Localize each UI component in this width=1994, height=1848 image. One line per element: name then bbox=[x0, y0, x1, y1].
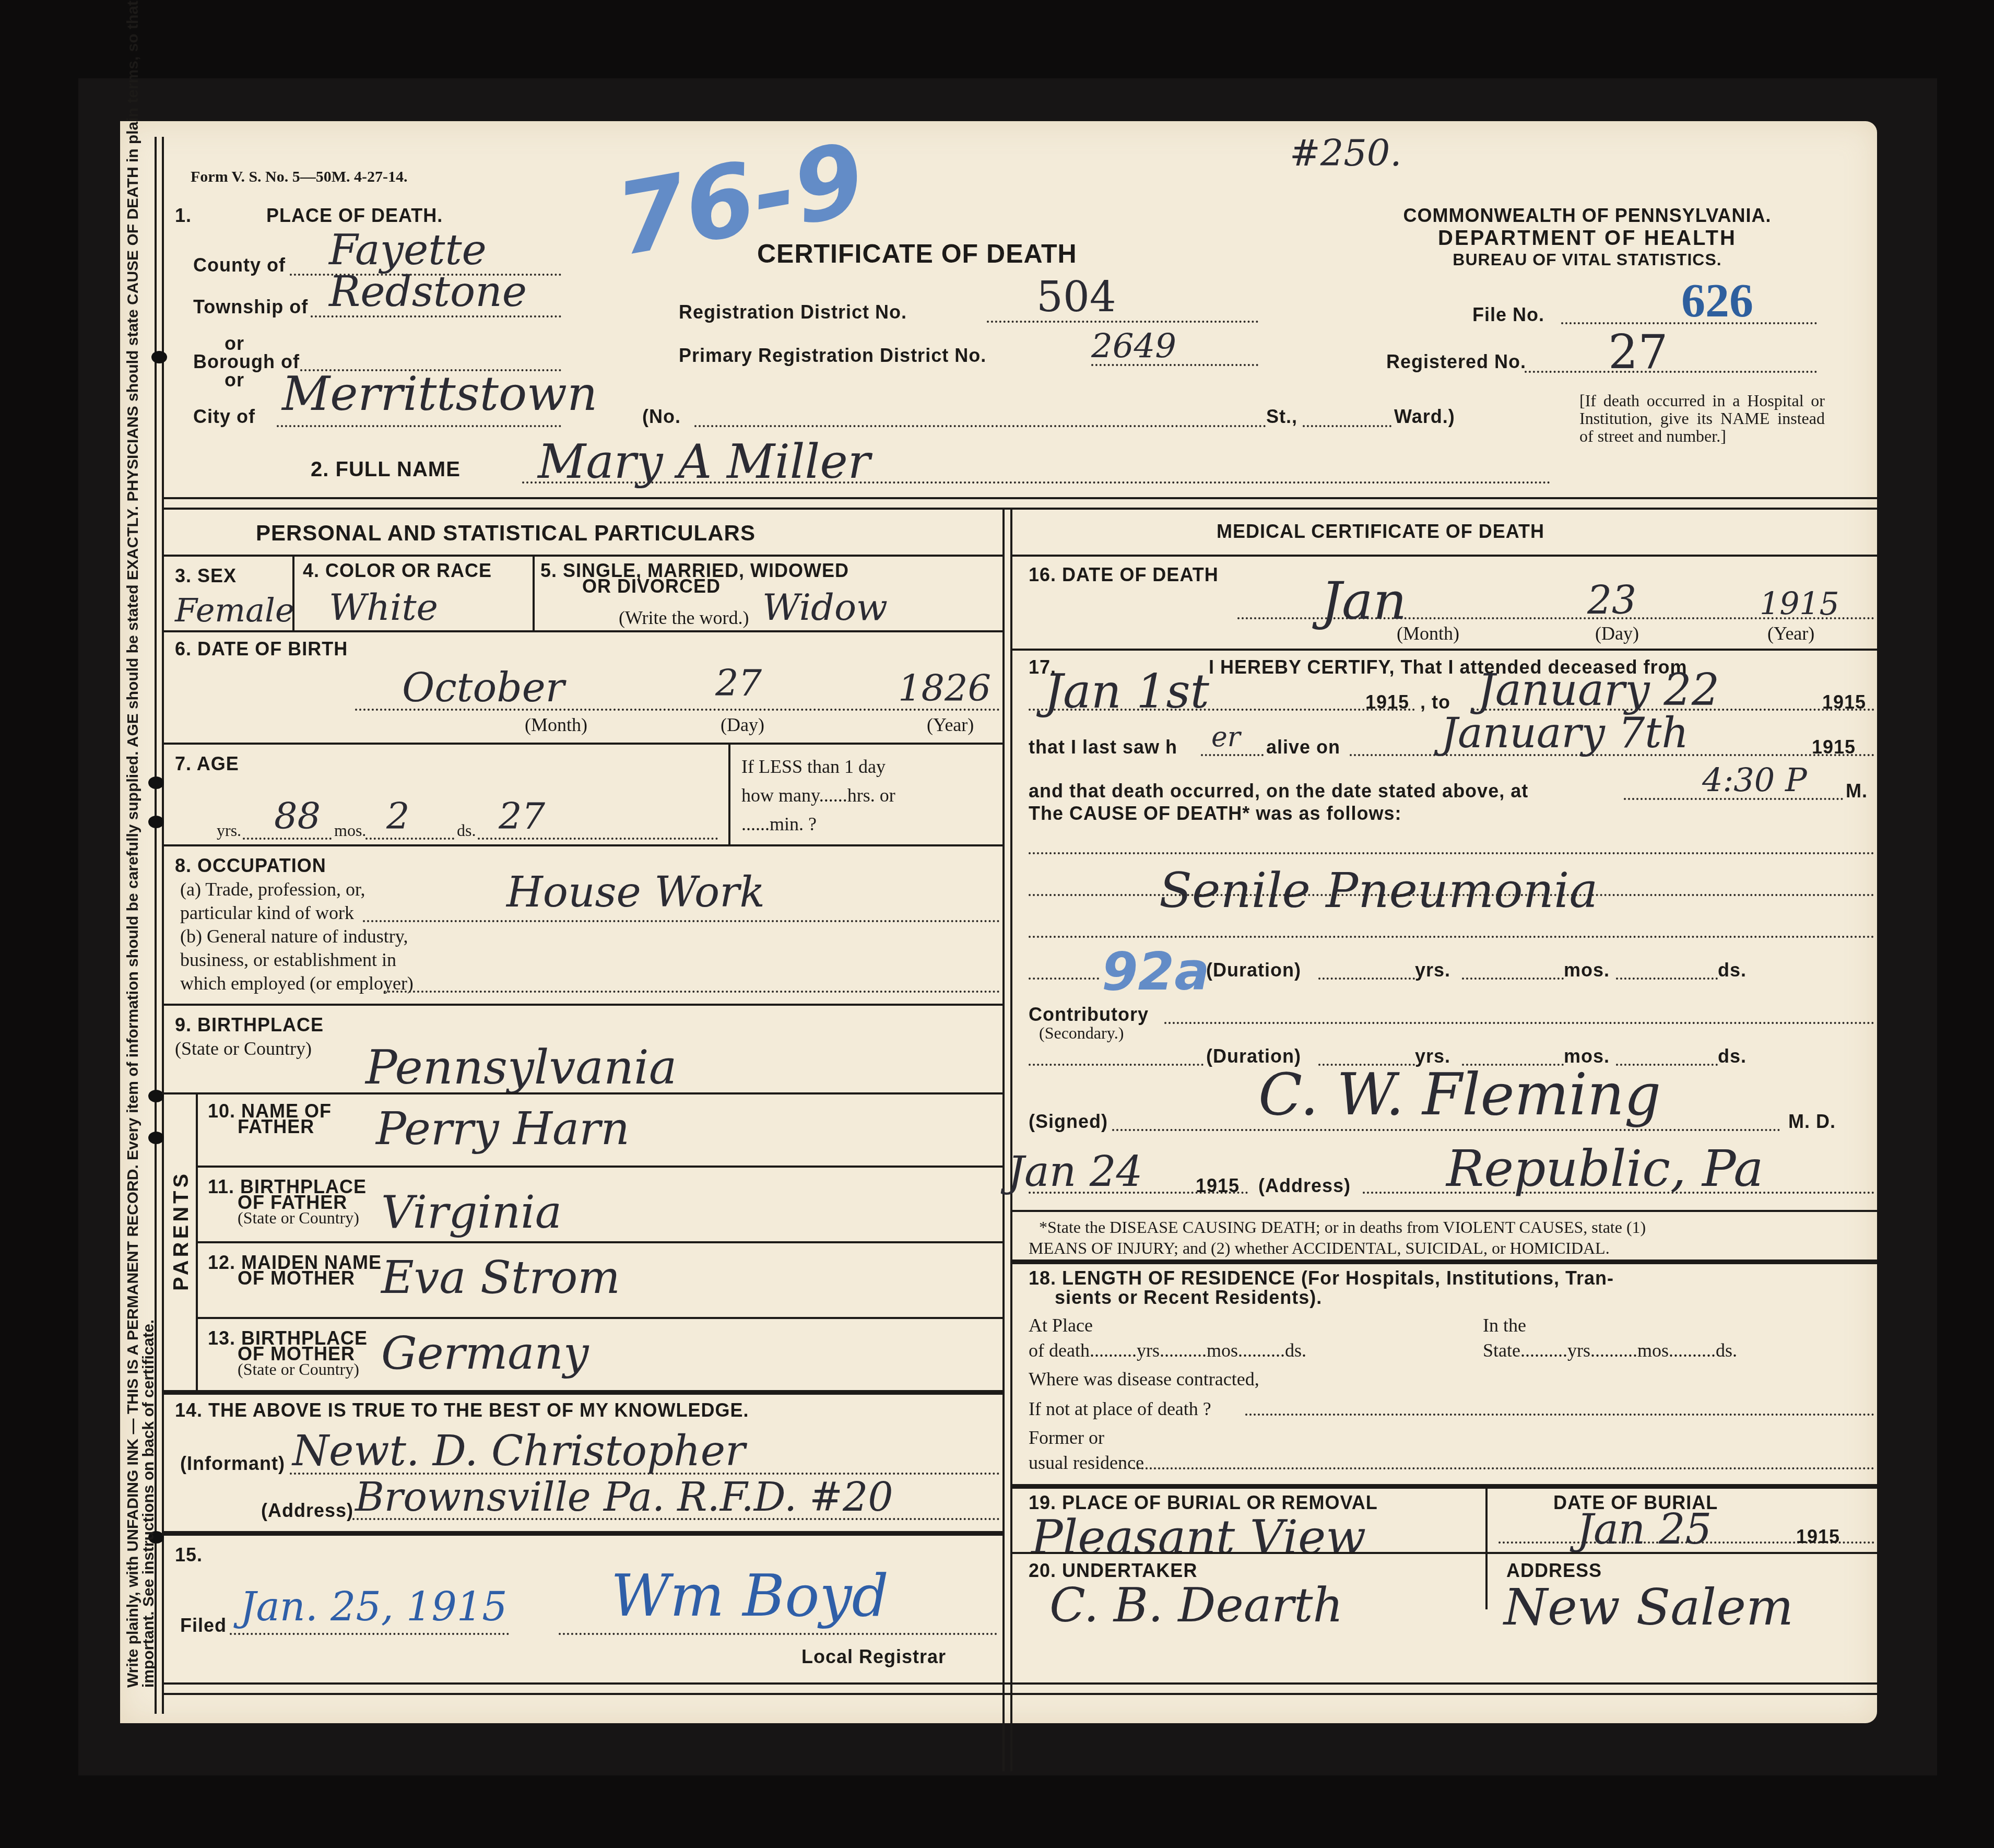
medical-section-heading: MEDICAL CERTIFICATE OF DEATH bbox=[1217, 521, 1544, 543]
informant-address-label: (Address) bbox=[261, 1500, 353, 1522]
personal-section-heading: PERSONAL AND STATISTICAL PARTICULARS bbox=[256, 521, 756, 546]
father-birthplace-hint: (State or Country) bbox=[238, 1208, 359, 1228]
birth-year-value[interactable]: 1826 bbox=[898, 667, 991, 710]
binding-hole bbox=[151, 351, 167, 363]
marital-status-hint: (Write the word.) bbox=[619, 607, 749, 629]
item-1-number: 1. bbox=[175, 205, 192, 227]
informant-value[interactable]: Newt. D. Christopher bbox=[292, 1427, 745, 1475]
cause-of-death-label: The CAUSE OF DEATH* was as follows: bbox=[1029, 803, 1401, 825]
informant-address-value[interactable]: Brownsville Pa. R.F.D. #20 bbox=[355, 1474, 893, 1520]
registrar-signature[interactable]: Wm Boyd bbox=[611, 1562, 889, 1629]
occupation-label: 8. OCCUPATION bbox=[175, 855, 326, 877]
occupation-a-line-2: particular kind of work bbox=[180, 902, 354, 924]
issuer-department: DEPARTMENT OF HEALTH bbox=[1358, 227, 1817, 250]
residence-heading-1: 18. LENGTH OF RESIDENCE (For Hospitals, … bbox=[1029, 1267, 1614, 1289]
attended-to-value[interactable]: January 22 bbox=[1478, 664, 1719, 715]
birthplace-value[interactable]: Pennsylvania bbox=[365, 1040, 677, 1095]
former-residence-label-2: usual residence bbox=[1029, 1452, 1144, 1474]
occupation-b-line-2: business, or establishment in bbox=[180, 949, 396, 971]
duration-months-label: mos. bbox=[1564, 959, 1610, 981]
last-saw-year: 1915 bbox=[1812, 736, 1856, 758]
hospital-note: [If death occurred in a Hospital or Inst… bbox=[1579, 392, 1825, 445]
city-value[interactable]: Merrittstown bbox=[282, 367, 597, 421]
md-label: M. D. bbox=[1788, 1111, 1836, 1133]
issuer-commonwealth: COMMONWEALTH OF PENNSYLVANIA. bbox=[1358, 205, 1817, 227]
primary-registration-district-value[interactable]: 2649 bbox=[1091, 327, 1176, 366]
mother-maiden-name-value[interactable]: Eva Strom bbox=[381, 1252, 620, 1304]
attended-to-year: 1915 bbox=[1822, 691, 1866, 713]
last-saw-pronoun[interactable]: er bbox=[1211, 722, 1241, 753]
burial-year: 1915 bbox=[1796, 1526, 1840, 1548]
duration-years-label: yrs. bbox=[1415, 959, 1450, 981]
occupation-trade-value[interactable]: House Work bbox=[506, 868, 765, 916]
cause-footnote-2: MEANS OF INJURY; and (2) whether ACCIDEN… bbox=[1029, 1239, 1610, 1258]
registered-number-label: Registered No. bbox=[1386, 351, 1526, 373]
former-residence-label-1: Former or bbox=[1029, 1427, 1104, 1449]
age-months-label: mos. bbox=[334, 821, 366, 840]
death-time-value[interactable]: 4:30 P bbox=[1702, 761, 1807, 799]
issuer-block: COMMONWEALTH OF PENNSYLVANIA. DEPARTMENT… bbox=[1358, 205, 1817, 269]
physician-address-label: (Address) bbox=[1258, 1175, 1351, 1197]
birth-month-value[interactable]: October bbox=[402, 664, 564, 711]
am-pm-label: M. bbox=[1846, 780, 1868, 802]
birth-day-value[interactable]: 27 bbox=[715, 662, 762, 704]
secondary-label: (Secondary.) bbox=[1039, 1023, 1124, 1043]
physician-address-value[interactable]: Republic, Pa bbox=[1446, 1139, 1764, 1198]
birthplace-label: 9. BIRTHPLACE bbox=[175, 1014, 324, 1036]
residence-heading-2: sients or Recent Residents). bbox=[1055, 1287, 1322, 1309]
county-label: County of bbox=[193, 254, 286, 276]
duration-days-label: ds. bbox=[1718, 959, 1747, 981]
binding-hole bbox=[148, 776, 164, 789]
death-time-label: and that death occurred, on the date sta… bbox=[1029, 780, 1528, 802]
date-of-death-label: 16. DATE OF DEATH bbox=[1029, 564, 1219, 586]
birthplace-hint: (State or Country) bbox=[175, 1038, 312, 1060]
informant-heading: 14. THE ABOVE IS TRUE TO THE BEST OF MY … bbox=[175, 1399, 749, 1421]
registration-district-label: Registration District No. bbox=[679, 301, 907, 323]
age-label: 7. AGE bbox=[175, 753, 239, 775]
race-value[interactable]: White bbox=[329, 586, 438, 629]
informant-label: (Informant) bbox=[180, 1453, 285, 1475]
sex-label: 3. SEX bbox=[175, 565, 237, 587]
annotation-number: #250. bbox=[1290, 132, 1402, 174]
at-place-label-2: of death..........yrs..........mos......… bbox=[1029, 1339, 1306, 1361]
undertaker-address-value[interactable]: New Salem bbox=[1504, 1578, 1794, 1637]
contributory-label: Contributory bbox=[1029, 1004, 1149, 1026]
issuer-bureau: BUREAU OF VITAL STATISTICS. bbox=[1358, 250, 1817, 269]
form-number: Form V. S. No. 5—50M. 4-27-14. bbox=[191, 168, 408, 186]
cause-code-crayon: 92a bbox=[1102, 941, 1210, 1002]
burial-place-value[interactable]: Pleasant View bbox=[1031, 1510, 1366, 1565]
occupation-b-line-1: (b) General nature of industry, bbox=[180, 925, 408, 947]
death-certificate: Write plainly, with UNFADING INK — THIS … bbox=[120, 121, 1877, 1723]
father-name-value[interactable]: Perry Harn bbox=[376, 1103, 630, 1155]
binding-hole bbox=[148, 1090, 164, 1102]
binding-hole bbox=[148, 816, 164, 828]
sex-value[interactable]: Female bbox=[175, 591, 294, 629]
alive-on-label: alive on bbox=[1266, 736, 1340, 758]
undertaker-value[interactable]: C. B. Dearth bbox=[1049, 1578, 1343, 1633]
age-months-value[interactable]: 2 bbox=[386, 795, 410, 838]
mother-birthplace-hint: (State or Country) bbox=[238, 1360, 359, 1379]
race-label: 4. COLOR OR RACE bbox=[303, 560, 492, 582]
certificate-title: CERTIFICATE OF DEATH bbox=[757, 239, 1077, 269]
in-state-label-1: In the bbox=[1483, 1314, 1526, 1336]
signed-year: 1915 bbox=[1196, 1175, 1240, 1197]
file-number-value[interactable]: 626 bbox=[1681, 273, 1753, 328]
mother-birthplace-value[interactable]: Germany bbox=[381, 1327, 589, 1380]
less-than-day-line-3: ......min. ? bbox=[741, 813, 817, 835]
street-label: St., bbox=[1266, 406, 1297, 428]
filed-label: Filed bbox=[180, 1615, 227, 1637]
margin-instructions-1: Write plainly, with UNFADING INK — THIS … bbox=[124, 0, 142, 1688]
last-saw-date-value[interactable]: January 7th bbox=[1441, 709, 1689, 757]
filed-date-value[interactable]: Jan. 25, 1915 bbox=[240, 1583, 507, 1630]
marital-status-label-2: OR DIVORCED bbox=[582, 575, 721, 597]
duration-label: (Duration) bbox=[1206, 959, 1301, 981]
day-caption: (Day) bbox=[721, 714, 764, 736]
less-than-day-line-1: If LESS than 1 day bbox=[741, 756, 886, 778]
date-of-birth-label: 6. DATE OF BIRTH bbox=[175, 638, 348, 660]
at-place-label-1: At Place bbox=[1029, 1314, 1093, 1336]
file-number-label: File No. bbox=[1472, 304, 1544, 326]
death-year-caption: (Year) bbox=[1767, 622, 1814, 644]
cause-of-death-value[interactable]: Senile Pneumonia bbox=[1159, 863, 1598, 919]
street-number-label: (No. bbox=[642, 406, 681, 428]
death-day-value[interactable]: 23 bbox=[1587, 578, 1636, 623]
margin-rule-right bbox=[162, 137, 164, 1714]
item-15-number: 15. bbox=[175, 1544, 203, 1566]
age-days-value[interactable]: 27 bbox=[499, 795, 545, 838]
age-years-value[interactable]: 88 bbox=[274, 795, 321, 838]
in-state-label-2: State..........yrs..........mos.........… bbox=[1483, 1339, 1737, 1361]
age-years-label: yrs. bbox=[217, 821, 241, 840]
cause-footnote-1: *State the DISEASE CAUSING DEATH; or in … bbox=[1039, 1218, 1646, 1237]
contracted-label-2: If not at place of death ? bbox=[1029, 1398, 1211, 1420]
city-label: City of bbox=[193, 406, 255, 428]
place-of-death-heading: PLACE OF DEATH. bbox=[266, 205, 443, 227]
full-name-label: 2. FULL NAME bbox=[311, 458, 461, 481]
parents-section-label: PARENTS bbox=[170, 1171, 193, 1291]
registered-number-value[interactable]: 27 bbox=[1608, 325, 1668, 380]
township-value[interactable]: Redstone bbox=[329, 267, 527, 316]
father-name-label-2: FATHER bbox=[238, 1116, 314, 1138]
occupation-a-line-1: (a) Trade, profession, or, bbox=[180, 878, 365, 900]
secondary-days-label: ds. bbox=[1718, 1045, 1747, 1067]
less-than-day-line-2: how many......hrs. or bbox=[741, 784, 895, 806]
signed-label: (Signed) bbox=[1029, 1111, 1108, 1133]
binding-hole bbox=[148, 1132, 164, 1144]
death-day-caption: (Day) bbox=[1595, 622, 1639, 644]
or-label-2: or bbox=[225, 369, 244, 391]
occupation-b-line-3: which employed (or employer) bbox=[180, 972, 414, 994]
ward-label: Ward.) bbox=[1394, 406, 1455, 428]
signed-date-value[interactable]: Jan 24 bbox=[1008, 1147, 1143, 1196]
last-saw-label: that I last saw h bbox=[1029, 736, 1177, 758]
year-caption: (Year) bbox=[927, 714, 974, 736]
month-caption: (Month) bbox=[525, 714, 587, 736]
local-registrar-label: Local Registrar bbox=[801, 1646, 946, 1668]
physician-signature[interactable]: C. W. Fleming bbox=[1258, 1061, 1661, 1128]
registration-district-value[interactable]: 504 bbox=[1036, 273, 1116, 321]
full-name-value[interactable]: Mary A Miller bbox=[538, 434, 870, 489]
attended-from-year: 1915 bbox=[1365, 691, 1409, 713]
mother-maiden-name-label-2: OF MOTHER bbox=[238, 1267, 355, 1289]
death-month-caption: (Month) bbox=[1397, 622, 1459, 644]
attended-from-value[interactable]: Jan 1st bbox=[1044, 664, 1209, 719]
marital-status-value[interactable]: Widow bbox=[762, 586, 888, 629]
column-divider bbox=[1002, 508, 1005, 1771]
death-year-value[interactable]: 1915 bbox=[1760, 586, 1839, 622]
contracted-label-1: Where was disease contracted, bbox=[1029, 1368, 1259, 1390]
burial-date-value[interactable]: Jan 25 bbox=[1577, 1505, 1712, 1553]
death-month-value[interactable]: Jan bbox=[1321, 570, 1407, 631]
father-birthplace-value[interactable]: Virginia bbox=[381, 1186, 562, 1239]
township-label: Township of bbox=[193, 296, 308, 318]
age-days-label: ds. bbox=[457, 821, 476, 840]
margin-instructions-2: important. See instructions on back of c… bbox=[140, 1320, 158, 1688]
primary-registration-district-label: Primary Registration District No. bbox=[679, 345, 986, 367]
